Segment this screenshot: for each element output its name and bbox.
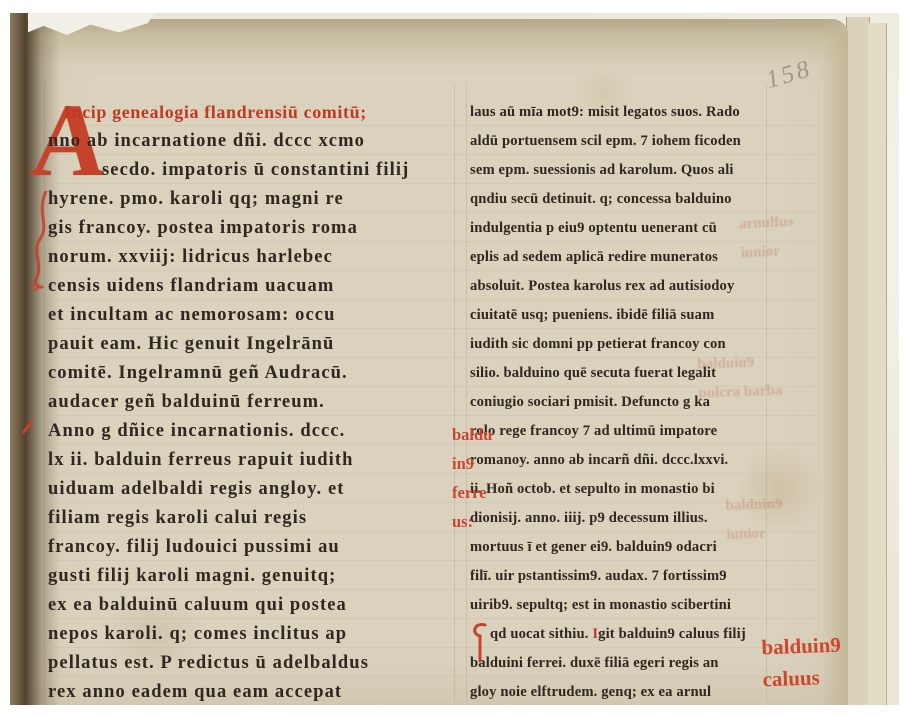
text-line: gloy noie elftrudem. genq; ex ea arnul: [470, 678, 776, 705]
manuscript-screenshot: 158 A Incip genealogia flandrensiū comit…: [0, 0, 907, 715]
text-line: caluus: [762, 661, 842, 696]
text-line: uiduam adelbaldi regis angloy. et: [48, 475, 458, 504]
text-line: aldū portuensem scil epm. 7 iohem ficode…: [470, 127, 776, 156]
text-line: uirib9. sepultq; est in monastio scibert…: [470, 591, 776, 620]
text-line: balduin9: [725, 490, 783, 521]
text-line: norum. xxviij: lidricus harlebec: [48, 243, 458, 272]
text-line: francoy. filij ludouici pussimi au: [48, 533, 458, 562]
red-pilcrow-mark: [469, 621, 491, 665]
text-line: lx ii. balduin ferreus rapuit iudith: [48, 446, 458, 475]
text-line: ex ea balduinū caluum qui postea: [48, 591, 458, 620]
text-line: eplis ad sedem aplicā redire muneratos: [470, 243, 776, 272]
margin-note-faded-balduinus: balduin9iunior: [725, 490, 784, 550]
text-line: ciuitatē usq; pueniens. ibidē filiā suam: [470, 301, 776, 330]
margin-note-faded-arnulfus: arnulfusiunior: [739, 208, 796, 269]
text-line: hyrene. pmo. karoli qq; magni re: [48, 185, 458, 214]
folio-stack-edge: [868, 23, 887, 705]
text-line: ferre: [452, 478, 492, 507]
text-line: gis francoy. postea impatoris roma: [48, 214, 458, 243]
text-line: balduini ferrei. duxē filiā egeri regis …: [470, 649, 776, 678]
text-line: iunior: [740, 237, 796, 269]
rubric-heading: Incip genealogia flandrensiū comitū;: [48, 98, 458, 127]
text-line: pulcra barba: [698, 377, 783, 409]
text-line: sem epm. suessionis ad karolum. Quos ali: [470, 156, 776, 185]
text-line: rolo rege francoy 7 ad ultimū impatore: [470, 417, 776, 446]
text-line: secdo. impatoris ū constantini filij: [48, 156, 458, 185]
text-line: nno ab incarnatione dñi. dccc xcmo: [48, 127, 458, 156]
text-line: qndiu secū detinuit. q; concessa balduin…: [470, 185, 776, 214]
margin-note-balduinus-caluus: balduin9caluus: [761, 629, 843, 696]
text-line: us:: [452, 507, 492, 536]
text-line: indulgentia p eiu9 optentu uenerant cū: [470, 214, 776, 243]
left-column: Incip genealogia flandrensiū comitū; nno…: [48, 98, 458, 705]
margin-note-faded-balduinus-pulcra-barba: balduin9pulcra barba: [697, 348, 783, 409]
text-line: pauit eam. Hic genuit Ingelrānū: [48, 330, 458, 359]
text-line: romanoy. anno ab incarñ dñi. dccc.lxxvi.: [470, 446, 776, 475]
text-line: baldu: [452, 420, 492, 449]
text-line: laus aū mīa mot9: misit legatos suos. Ra…: [470, 98, 776, 127]
left-column-lines: nno ab incarnatione dñi. dccc xcmosecdo.…: [48, 127, 458, 705]
text-line: filī. uir pstantissim9. audax. 7 fortiss…: [470, 562, 776, 591]
text-line: balduin9: [697, 348, 782, 380]
book-binding-edge: [10, 13, 26, 705]
text-line: comitē. Ingelramnū geñ Audracū.: [48, 359, 458, 388]
text-line: in9: [452, 449, 492, 478]
text-line: qd uocat sithiu. Igit balduin9 caluus fi…: [470, 620, 776, 649]
text-line: pellatus est. P redictus ū adelbaldus: [48, 649, 458, 678]
text-line: rex anno eadem qua eam accepat: [48, 678, 458, 705]
text-line: censis uidens flandriam uacuam: [48, 272, 458, 301]
text-line: absoluit. Postea karolus rex ad autisiod…: [470, 272, 776, 301]
page-right-fold: [822, 19, 848, 705]
text-line: arnulfus: [739, 208, 795, 240]
text-line: et incultam ac nemorosam: occu: [48, 301, 458, 330]
folio-stack-edge: [846, 17, 870, 705]
text-line: gusti filij karoli magni. genuitq;: [48, 562, 458, 591]
page-top-shadow: [24, 19, 848, 65]
text-line: audacer geñ balduinū ferreum.: [48, 388, 458, 417]
text-line: nepos karoli. q; comes inclitus ap: [48, 620, 458, 649]
margin-note-balduinus-ferreus: balduin9ferreus:: [452, 420, 492, 536]
manuscript-photo: 158 A Incip genealogia flandrensiū comit…: [10, 13, 899, 705]
text-line: Anno g dñice incarnationis. dccc.: [48, 417, 458, 446]
text-line: balduin9: [761, 629, 841, 664]
text-line: iunior: [726, 519, 784, 550]
text-line: filiam regis karoli calui regis: [48, 504, 458, 533]
column-guide-line: [466, 83, 467, 703]
